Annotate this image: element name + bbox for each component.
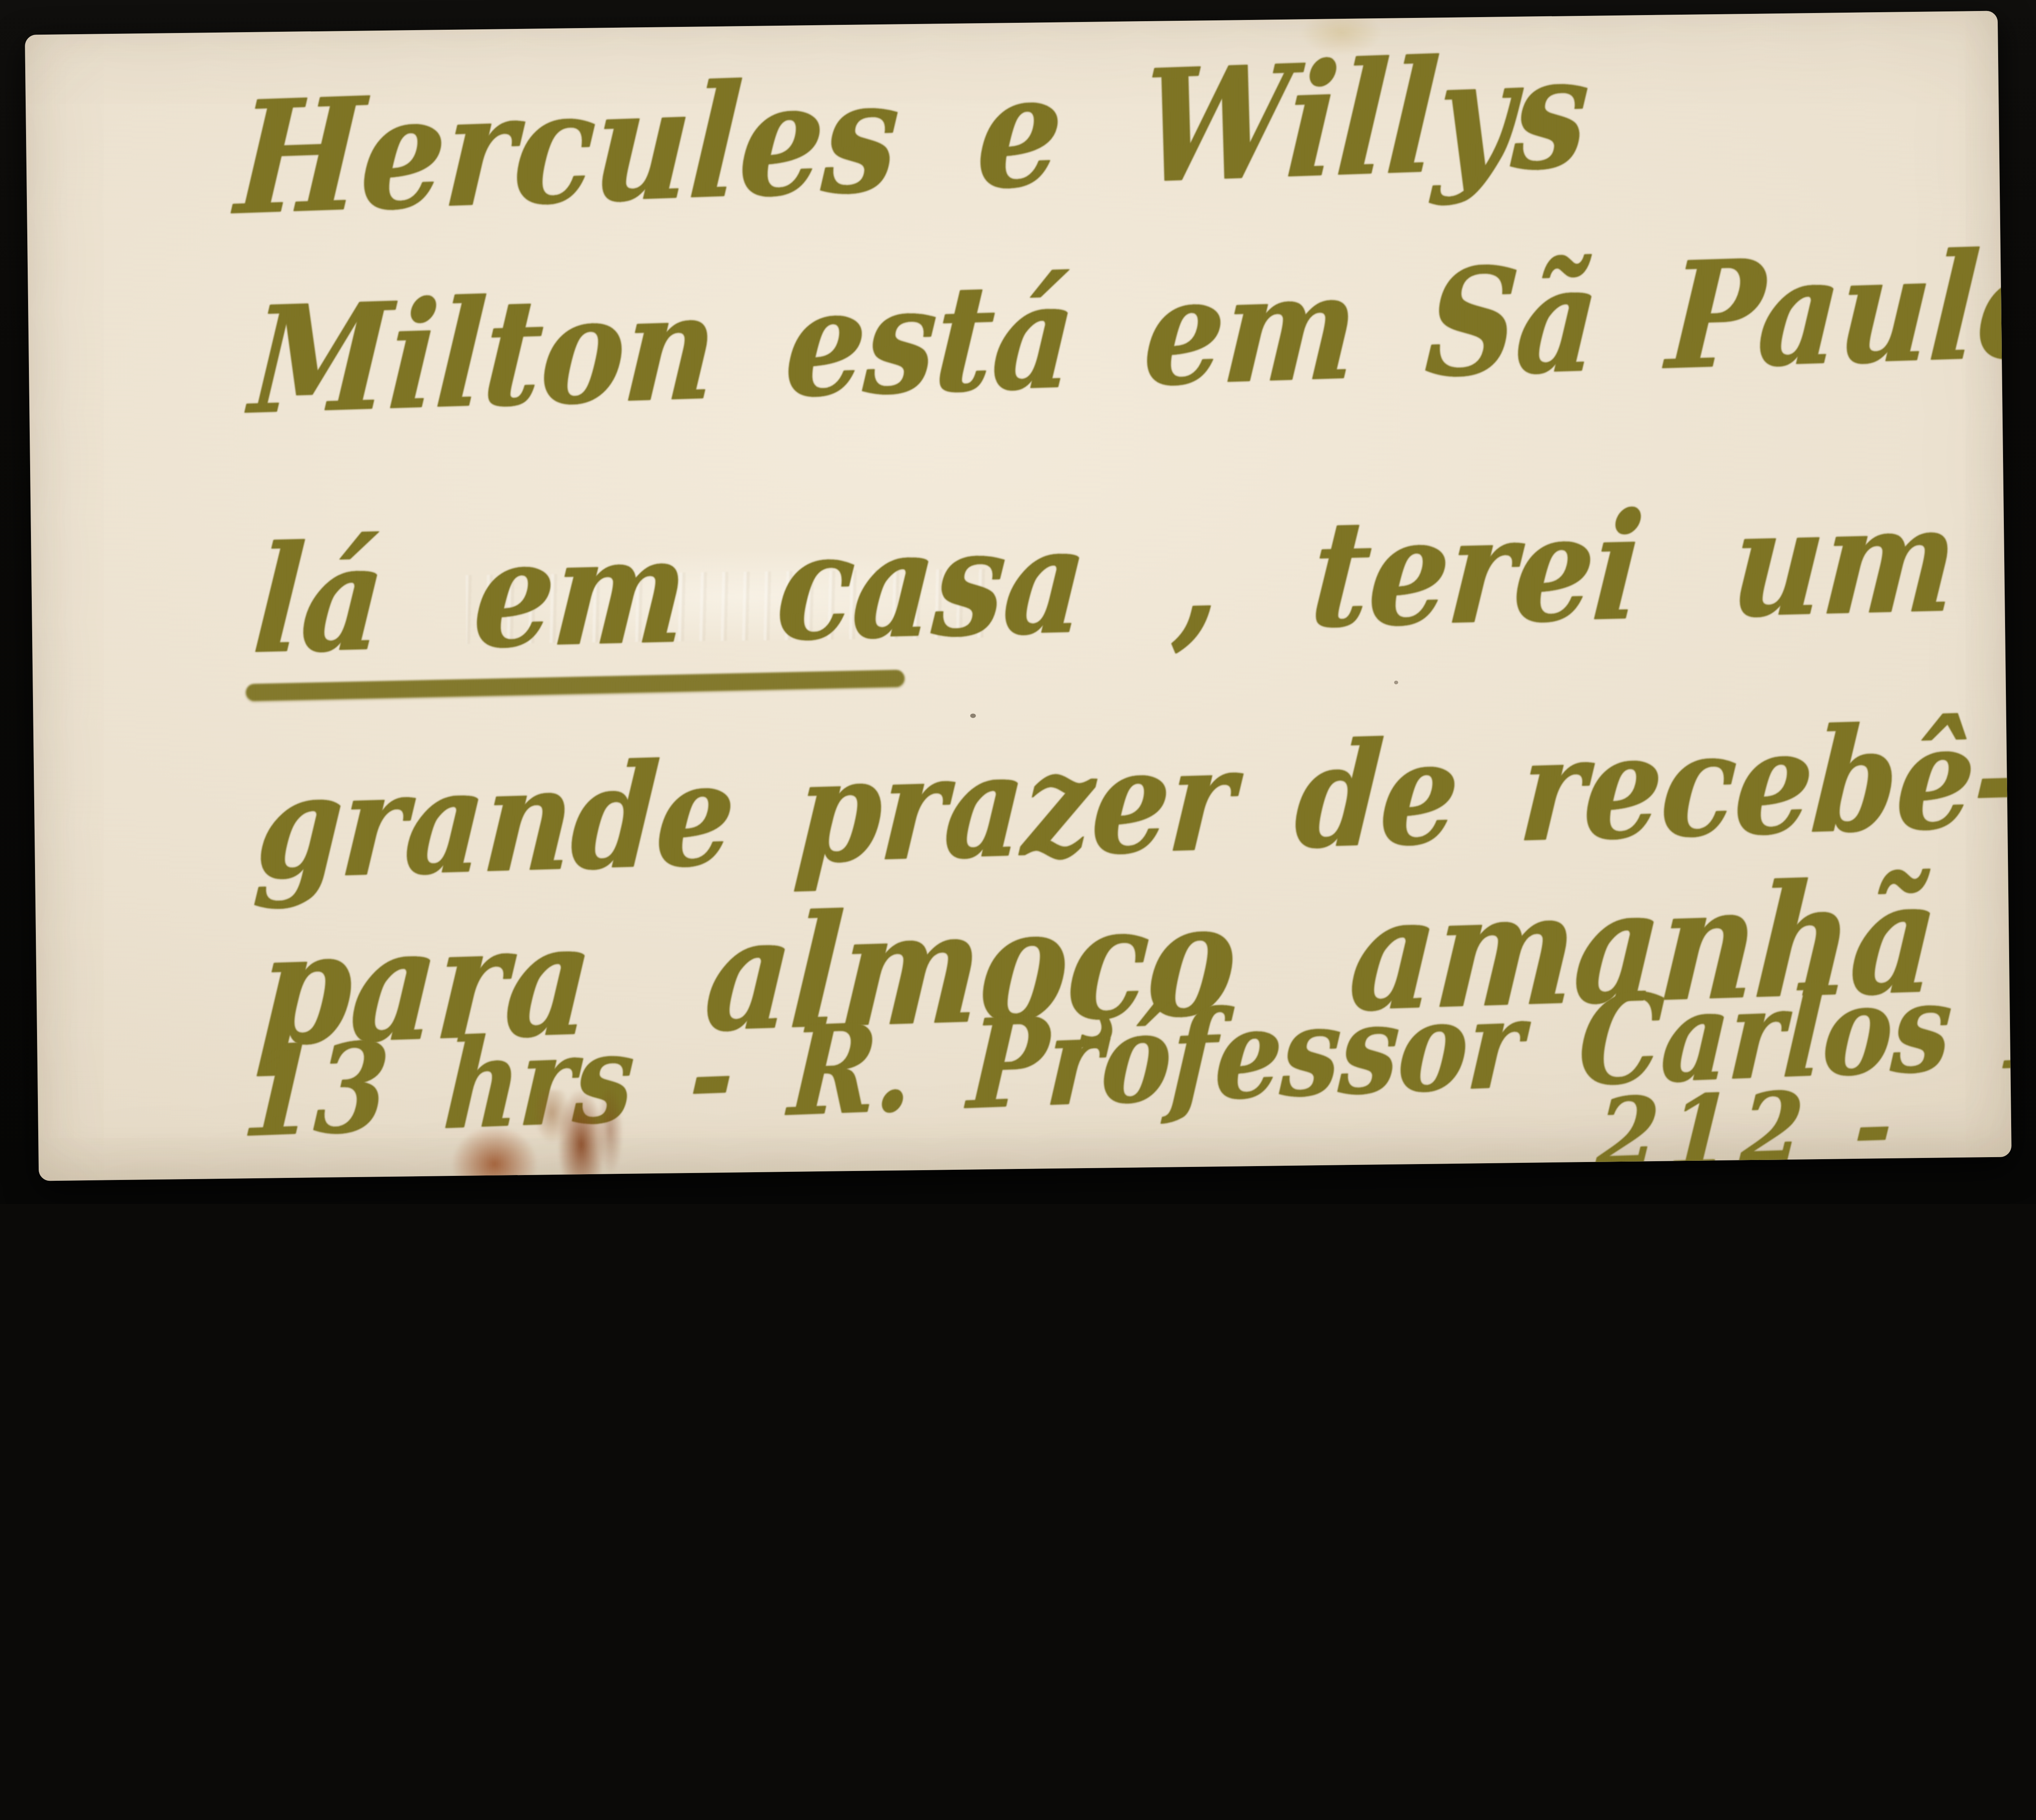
handwritten-line-7: 212 - (1593, 1076, 1906, 1181)
handwritten-line-3: lá em casa , terei um (250, 485, 1962, 674)
handwritten-line-1: Hercules e Willys (232, 34, 1593, 237)
ink-speck (1394, 681, 1398, 684)
note-card: Hercules e Willys Milton está em Sã Paul… (24, 11, 2011, 1181)
ink-speck (970, 713, 976, 718)
handwritten-line-2: Milton está em Sã Paulo, (246, 229, 2011, 434)
scanned-card-photo: Hercules e Willys Milton está em Sã Paul… (0, 0, 2036, 1204)
